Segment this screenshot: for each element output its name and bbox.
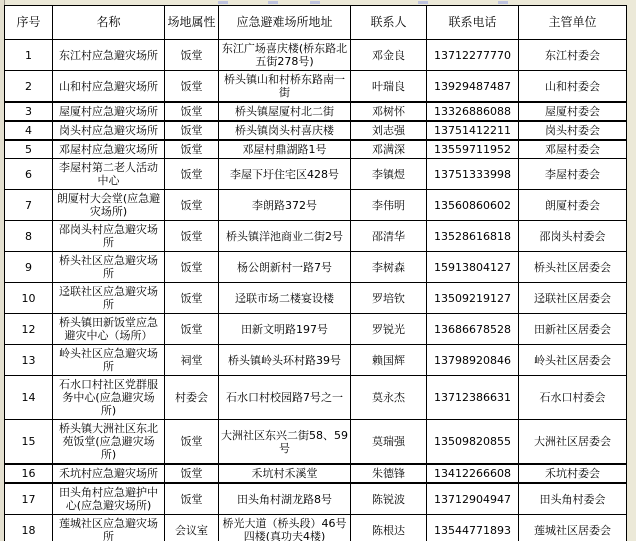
cell-address: 桥头镇岭头环村路39号 xyxy=(219,345,351,376)
cell-unit: 田头角村委会 xyxy=(519,483,627,515)
cell-phone: 13528616818 xyxy=(427,221,519,252)
cell-phone: 13560860602 xyxy=(427,190,519,221)
table-row: 8邵岗头村应急避灾场所饭堂桥头镇洋池商业二街2号邵清华13528616818邵岗… xyxy=(5,221,627,252)
cell-name: 桥头镇田新饭堂应急避灾中心（场所） xyxy=(53,314,165,345)
cell-address: 桥头镇洋池商业二街2号 xyxy=(219,221,351,252)
cell-type: 会议室 xyxy=(165,515,219,541)
cell-contact: 陈根达 xyxy=(351,515,427,541)
table-row: 6李屋村第二老人活动中心饭堂李屋下圩住宅区428号李镇煜13751333998李… xyxy=(5,159,627,190)
col-header-seq: 序号 xyxy=(5,6,53,40)
cell-phone: 13686678528 xyxy=(427,314,519,345)
cell-seq: 7 xyxy=(5,190,53,221)
text-remnant xyxy=(418,1,428,4)
cell-unit: 东江村委会 xyxy=(519,40,627,71)
cell-seq: 12 xyxy=(5,314,53,345)
cell-phone: 13751412211 xyxy=(427,121,519,140)
col-header-unit: 主管单位 xyxy=(519,6,627,40)
cell-phone: 15913804127 xyxy=(427,252,519,283)
col-header-address: 应急避难场所地址 xyxy=(219,6,351,40)
cell-seq: 15 xyxy=(5,420,53,465)
cell-seq: 2 xyxy=(5,71,53,103)
table-row: 2山和村应急避灾场所饭堂桥头镇山和村桥东路南一街叶瑞良13929487487山和… xyxy=(5,71,627,103)
cell-type: 饭堂 xyxy=(165,71,219,103)
table-row: 15桥头镇大洲社区东北苑饭堂(应急避灾场所)饭堂大洲社区东兴二街58、59号莫瑞… xyxy=(5,420,627,465)
cell-contact: 刘志强 xyxy=(351,121,427,140)
cell-contact: 邓树怀 xyxy=(351,102,427,121)
cell-contact: 罗锐光 xyxy=(351,314,427,345)
cell-contact: 莫瑞强 xyxy=(351,420,427,465)
cell-contact: 邵清华 xyxy=(351,221,427,252)
cell-phone: 13712904947 xyxy=(427,483,519,515)
cell-unit: 邵岗头村委会 xyxy=(519,221,627,252)
cell-seq: 3 xyxy=(5,102,53,121)
cell-name: 邓屋村应急避灾场所 xyxy=(53,140,165,159)
cell-phone: 13509219127 xyxy=(427,283,519,314)
cell-phone: 13751333998 xyxy=(427,159,519,190)
cell-contact: 李镇煜 xyxy=(351,159,427,190)
cell-address: 李朗路372号 xyxy=(219,190,351,221)
cell-phone: 13326886088 xyxy=(427,102,519,121)
cell-phone: 13509820855 xyxy=(427,420,519,465)
text-remnant xyxy=(268,1,278,4)
cell-name: 邵岗头村应急避灾场所 xyxy=(53,221,165,252)
cell-type: 饭堂 xyxy=(165,252,219,283)
cell-name: 禾坑村应急避灾场所 xyxy=(53,464,165,483)
cell-name: 桥头镇大洲社区东北苑饭堂(应急避灾场所) xyxy=(53,420,165,465)
cell-address: 李屋下圩住宅区428号 xyxy=(219,159,351,190)
table-row: 13岭头社区应急避灾场所祠堂桥头镇岭头环村路39号赖国辉13798920846岭… xyxy=(5,345,627,376)
col-header-phone: 联系电话 xyxy=(427,6,519,40)
cell-unit: 朗厦村委会 xyxy=(519,190,627,221)
cell-contact: 赖国辉 xyxy=(351,345,427,376)
cell-unit: 李屋村委会 xyxy=(519,159,627,190)
table-row: 14石水口村社区党群服务中心(应急避灾场所)村委会石水口村校园路7号之一莫永杰1… xyxy=(5,376,627,420)
col-header-name: 名称 xyxy=(53,6,165,40)
cell-seq: 1 xyxy=(5,40,53,71)
table-row: 16禾坑村应急避灾场所饭堂禾坑村禾溪堂朱德锋13412266608禾坑村委会 xyxy=(5,464,627,483)
cell-type: 饭堂 xyxy=(165,190,219,221)
cell-unit: 迳联社区居委会 xyxy=(519,283,627,314)
cell-unit: 禾坑村委会 xyxy=(519,464,627,483)
cell-name: 田头角村应急避护中心(应急避灾场所) xyxy=(53,483,165,515)
cell-seq: 17 xyxy=(5,483,53,515)
cell-type: 饭堂 xyxy=(165,140,219,159)
cell-address: 禾坑村禾溪堂 xyxy=(219,464,351,483)
cell-name: 石水口村社区党群服务中心(应急避灾场所) xyxy=(53,376,165,420)
cell-seq: 8 xyxy=(5,221,53,252)
cell-name: 莲城社区应急避灾场所 xyxy=(53,515,165,541)
cell-contact: 莫永杰 xyxy=(351,376,427,420)
cell-type: 饭堂 xyxy=(165,159,219,190)
cell-seq: 6 xyxy=(5,159,53,190)
cell-address: 东江广场喜庆楼(桥东路北五街278号) xyxy=(219,40,351,71)
cell-type: 饭堂 xyxy=(165,483,219,515)
table-row: 4岗头村应急避灾场所饭堂桥头镇岗头村喜庆楼刘志强13751412211岗头村委会 xyxy=(5,121,627,140)
header-row: 序号名称场地属性应急避难场所地址联系人联系电话主管单位 xyxy=(5,6,627,40)
cell-contact: 李树森 xyxy=(351,252,427,283)
cell-unit: 田新社区居委会 xyxy=(519,314,627,345)
cell-unit: 邓屋村委会 xyxy=(519,140,627,159)
cell-address: 桥头镇岗头村喜庆楼 xyxy=(219,121,351,140)
cell-type: 村委会 xyxy=(165,376,219,420)
cell-unit: 大洲社区居委会 xyxy=(519,420,627,465)
cell-address: 田新文明路197号 xyxy=(219,314,351,345)
cell-name: 东江村应急避灾场所 xyxy=(53,40,165,71)
cell-phone: 13559711952 xyxy=(427,140,519,159)
cell-seq: 13 xyxy=(5,345,53,376)
cell-contact: 李伟明 xyxy=(351,190,427,221)
cell-contact: 陈锐波 xyxy=(351,483,427,515)
cell-name: 岭头社区应急避灾场所 xyxy=(53,345,165,376)
cell-type: 饭堂 xyxy=(165,121,219,140)
cell-type: 饭堂 xyxy=(165,314,219,345)
cell-seq: 16 xyxy=(5,464,53,483)
emergency-shelter-table: 序号名称场地属性应急避难场所地址联系人联系电话主管单位 1东江村应急避灾场所饭堂… xyxy=(4,5,627,541)
cell-address: 桥光大道（桥头段）46号四楼(真功夫4楼) xyxy=(219,515,351,541)
shelter-table-wrap: 序号名称场地属性应急避难场所地址联系人联系电话主管单位 1东江村应急避灾场所饭堂… xyxy=(4,5,627,541)
cell-seq: 9 xyxy=(5,252,53,283)
cell-contact: 邓金良 xyxy=(351,40,427,71)
cell-contact: 罗培钦 xyxy=(351,283,427,314)
cell-phone: 13798920846 xyxy=(427,345,519,376)
cell-address: 桥头镇屋厦村北二街 xyxy=(219,102,351,121)
cell-address: 迳联市场二楼宴设楼 xyxy=(219,283,351,314)
cell-name: 桥头社区应急避灾场所 xyxy=(53,252,165,283)
cell-type: 饭堂 xyxy=(165,102,219,121)
cell-address: 杨公朗新村一路7号 xyxy=(219,252,351,283)
cell-phone: 13544771893 xyxy=(427,515,519,541)
cell-name: 屋厦村应急避灾场所 xyxy=(53,102,165,121)
cell-unit: 屋厦村委会 xyxy=(519,102,627,121)
text-remnant xyxy=(498,1,508,4)
col-header-type: 场地属性 xyxy=(165,6,219,40)
table-row: 12桥头镇田新饭堂应急避灾中心（场所）饭堂田新文明路197号罗锐光1368667… xyxy=(5,314,627,345)
cell-unit: 岭头社区居委会 xyxy=(519,345,627,376)
cell-unit: 岗头村委会 xyxy=(519,121,627,140)
cell-address: 桥头镇山和村桥东路南一街 xyxy=(219,71,351,103)
table-row: 5邓屋村应急避灾场所饭堂邓屋村鼎湖路1号邓满深13559711952邓屋村委会 xyxy=(5,140,627,159)
text-remnant xyxy=(310,1,320,4)
table-row: 10迳联社区应急避灾场所饭堂迳联市场二楼宴设楼罗培钦13509219127迳联社… xyxy=(5,283,627,314)
table-row: 17田头角村应急避护中心(应急避灾场所)饭堂田头角村湖龙路8号陈锐波137129… xyxy=(5,483,627,515)
cell-seq: 10 xyxy=(5,283,53,314)
cell-contact: 叶瑞良 xyxy=(351,71,427,103)
cell-phone: 13712386631 xyxy=(427,376,519,420)
table-row: 3屋厦村应急避灾场所饭堂桥头镇屋厦村北二街邓树怀13326886088屋厦村委会 xyxy=(5,102,627,121)
cell-name: 山和村应急避灾场所 xyxy=(53,71,165,103)
cell-seq: 5 xyxy=(5,140,53,159)
screen: 序号名称场地属性应急避难场所地址联系人联系电话主管单位 1东江村应急避灾场所饭堂… xyxy=(0,0,636,541)
cell-type: 饭堂 xyxy=(165,40,219,71)
text-remnant xyxy=(218,1,228,4)
col-header-contact: 联系人 xyxy=(351,6,427,40)
cell-address: 田头角村湖龙路8号 xyxy=(219,483,351,515)
cell-type: 饭堂 xyxy=(165,420,219,465)
cell-phone: 13712277770 xyxy=(427,40,519,71)
cell-type: 祠堂 xyxy=(165,345,219,376)
cell-seq: 4 xyxy=(5,121,53,140)
cell-unit: 桥头社区居委会 xyxy=(519,252,627,283)
cell-type: 饭堂 xyxy=(165,464,219,483)
cell-type: 饭堂 xyxy=(165,283,219,314)
cell-phone: 13412266608 xyxy=(427,464,519,483)
cell-seq: 18 xyxy=(5,515,53,541)
cell-name: 朗厦村大会堂(应急避灾场所) xyxy=(53,190,165,221)
cell-unit: 山和村委会 xyxy=(519,71,627,103)
cell-name: 李屋村第二老人活动中心 xyxy=(53,159,165,190)
cell-address: 石水口村校园路7号之一 xyxy=(219,376,351,420)
cell-contact: 邓满深 xyxy=(351,140,427,159)
table-row: 1东江村应急避灾场所饭堂东江广场喜庆楼(桥东路北五街278号)邓金良137122… xyxy=(5,40,627,71)
cell-type: 饭堂 xyxy=(165,221,219,252)
table-row: 18莲城社区应急避灾场所会议室桥光大道（桥头段）46号四楼(真功夫4楼)陈根达1… xyxy=(5,515,627,541)
cell-name: 岗头村应急避灾场所 xyxy=(53,121,165,140)
cell-unit: 石水口村委会 xyxy=(519,376,627,420)
cell-contact: 朱德锋 xyxy=(351,464,427,483)
cell-unit: 莲城社区居委会 xyxy=(519,515,627,541)
cell-seq: 14 xyxy=(5,376,53,420)
cell-address: 邓屋村鼎湖路1号 xyxy=(219,140,351,159)
cell-name: 迳联社区应急避灾场所 xyxy=(53,283,165,314)
table-row: 9桥头社区应急避灾场所饭堂杨公朗新村一路7号李树森15913804127桥头社区… xyxy=(5,252,627,283)
cell-phone: 13929487487 xyxy=(427,71,519,103)
cell-address: 大洲社区东兴二街58、59号 xyxy=(219,420,351,465)
table-row: 7朗厦村大会堂(应急避灾场所)饭堂李朗路372号李伟明13560860602朗厦… xyxy=(5,190,627,221)
